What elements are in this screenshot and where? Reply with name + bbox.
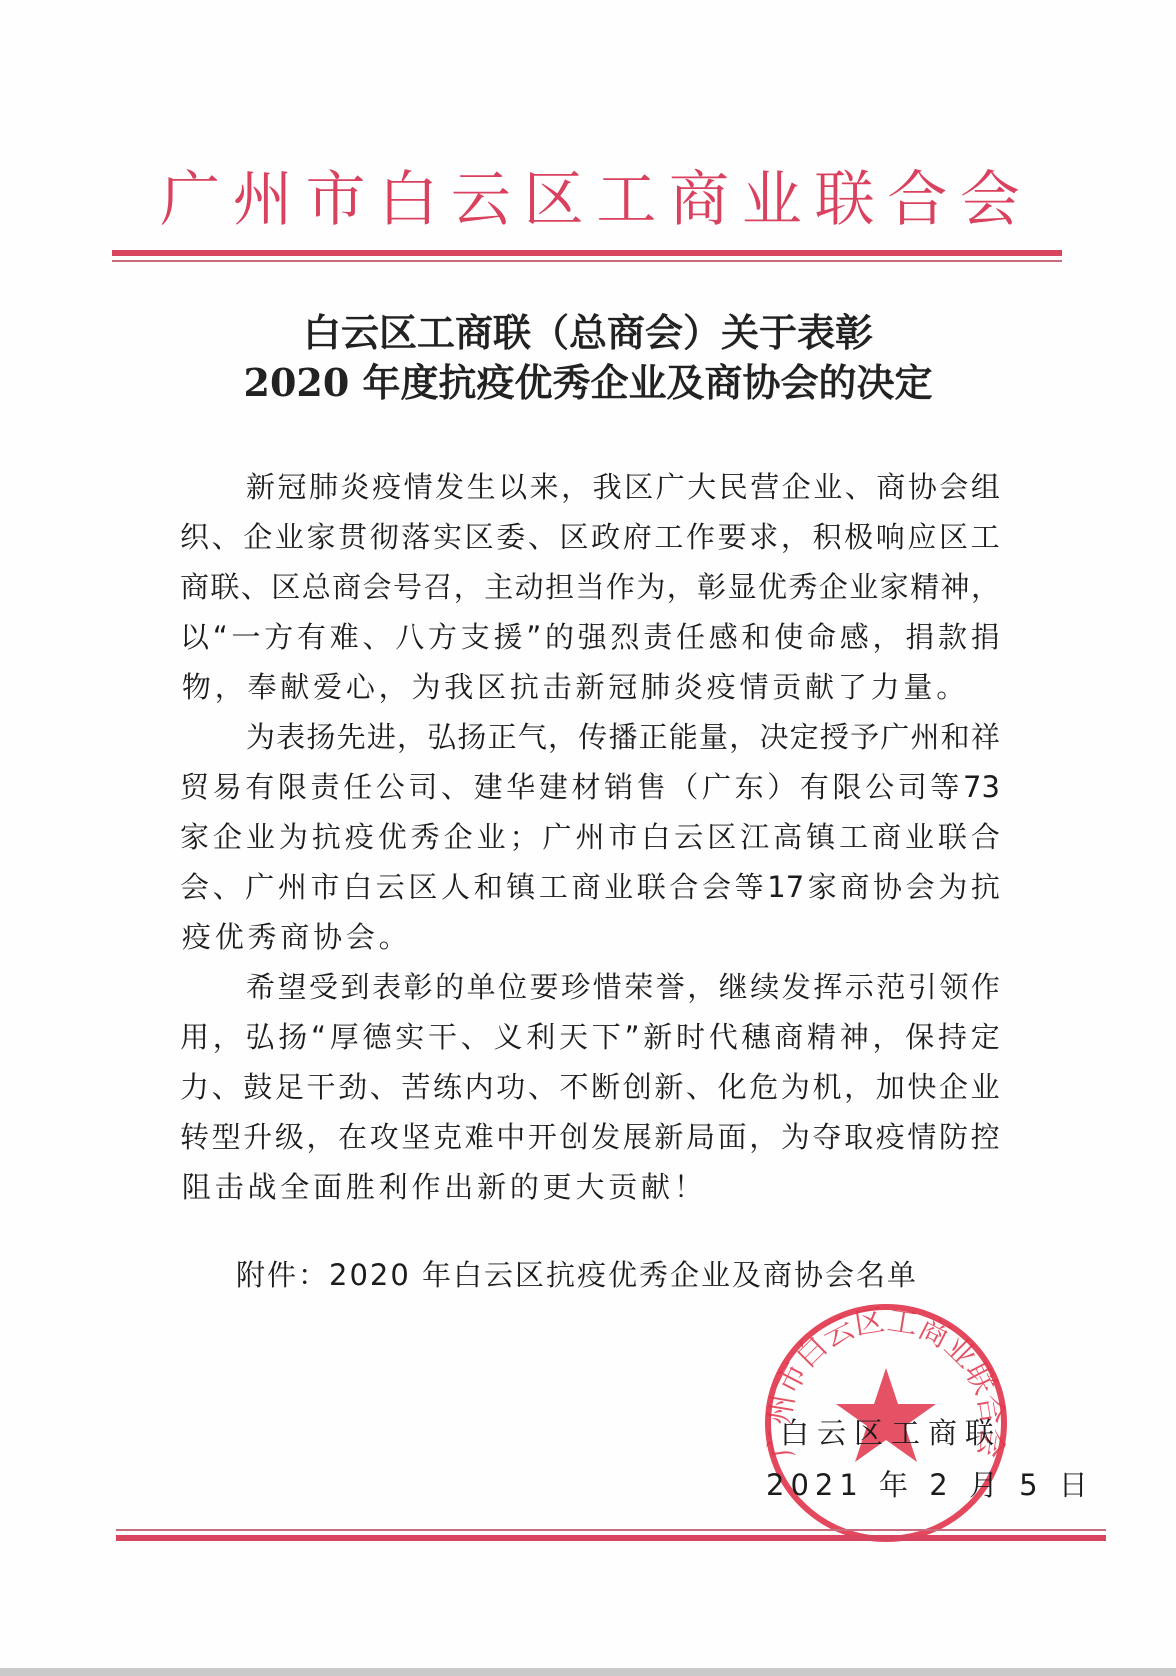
attachment-line: 附件：2020 年白云区抗疫优秀企业及商协会名单 <box>236 1250 918 1300</box>
letterhead-char: 市 <box>305 160 365 240</box>
document-title-line-2: 2020 年度抗疫优秀企业及商协会的决定 <box>0 360 1176 406</box>
letterhead-char: 广 <box>160 160 220 240</box>
body-line: 以“一方有难、八方支援”的强烈责任感和使命感，捐款捐 <box>180 612 1000 662</box>
body-line: 新冠肺炎疫情发生以来，我区广大民营企业、商协会组 <box>246 462 1000 512</box>
body-line: 物，奉献爱心，为我区抗击新冠肺炎疫情贡献了力量。 <box>180 662 1000 712</box>
letterhead-char: 白 <box>378 160 438 240</box>
issue-date: 2021 年 2 月 5 日 <box>766 1462 1094 1508</box>
document-title-line-1: 白云区工商联（总商会）关于表彰 <box>0 310 1176 356</box>
letterhead-char: 业 <box>742 160 802 240</box>
body-line: 家企业为抗疫优秀企业；广州市白云区江高镇工商业联合 <box>180 812 1000 862</box>
document-page: 广州市白云区工商业联合会 白云区工商联（总商会）关于表彰 2020 年度抗疫优秀… <box>0 0 1176 1668</box>
letterhead-char: 工 <box>596 160 656 240</box>
letterhead-rule-thin <box>112 260 1062 262</box>
footer-rule-thin <box>116 1529 1106 1531</box>
body-line: 疫优秀商协会。 <box>180 912 1000 962</box>
body-line: 商联、区总商会号召，主动担当作为，彰显优秀企业家精神， <box>180 562 1000 612</box>
letterhead-char: 州 <box>233 160 293 240</box>
body-line: 阻击战全面胜利作出新的更大贡献！ <box>180 1162 1000 1212</box>
letterhead-char: 云 <box>451 160 511 240</box>
issuer-signature: 白云区工商联 <box>780 1410 1002 1456</box>
letterhead-char: 会 <box>960 160 1020 240</box>
body-line: 会、广州市白云区人和镇工商业联合会等17家商协会为抗 <box>180 862 1000 912</box>
letterhead-char: 区 <box>524 160 584 240</box>
scan-bottom-strip <box>0 1668 1176 1676</box>
body-line: 用，弘扬“厚德实干、义利天下”新时代穗商精神，保持定 <box>180 1012 1000 1062</box>
body-line: 希望受到表彰的单位要珍惜荣誉，继续发挥示范引领作 <box>246 962 1000 1012</box>
body-line: 转型升级，在攻坚克难中开创发展新局面，为夺取疫情防控 <box>180 1112 1000 1162</box>
letterhead: 广州市白云区工商业联合会 <box>160 160 1020 240</box>
letterhead-char: 商 <box>669 160 729 240</box>
letterhead-char: 联 <box>814 160 874 240</box>
footer-rule-thick <box>116 1535 1106 1541</box>
body-line: 为表扬先进，弘扬正气，传播正能量，决定授予广州和祥 <box>246 712 1000 762</box>
body-line: 贸易有限责任公司、建华建材销售（广东）有限公司等73 <box>180 762 1000 812</box>
body-line: 力、鼓足干劲、苦练内功、不断创新、化危为机，加快企业 <box>180 1062 1000 1112</box>
letterhead-rule-thick <box>112 250 1062 256</box>
letterhead-char: 合 <box>887 160 947 240</box>
body-line: 织、企业家贯彻落实区委、区政府工作要求，积极响应区工 <box>180 512 1000 562</box>
